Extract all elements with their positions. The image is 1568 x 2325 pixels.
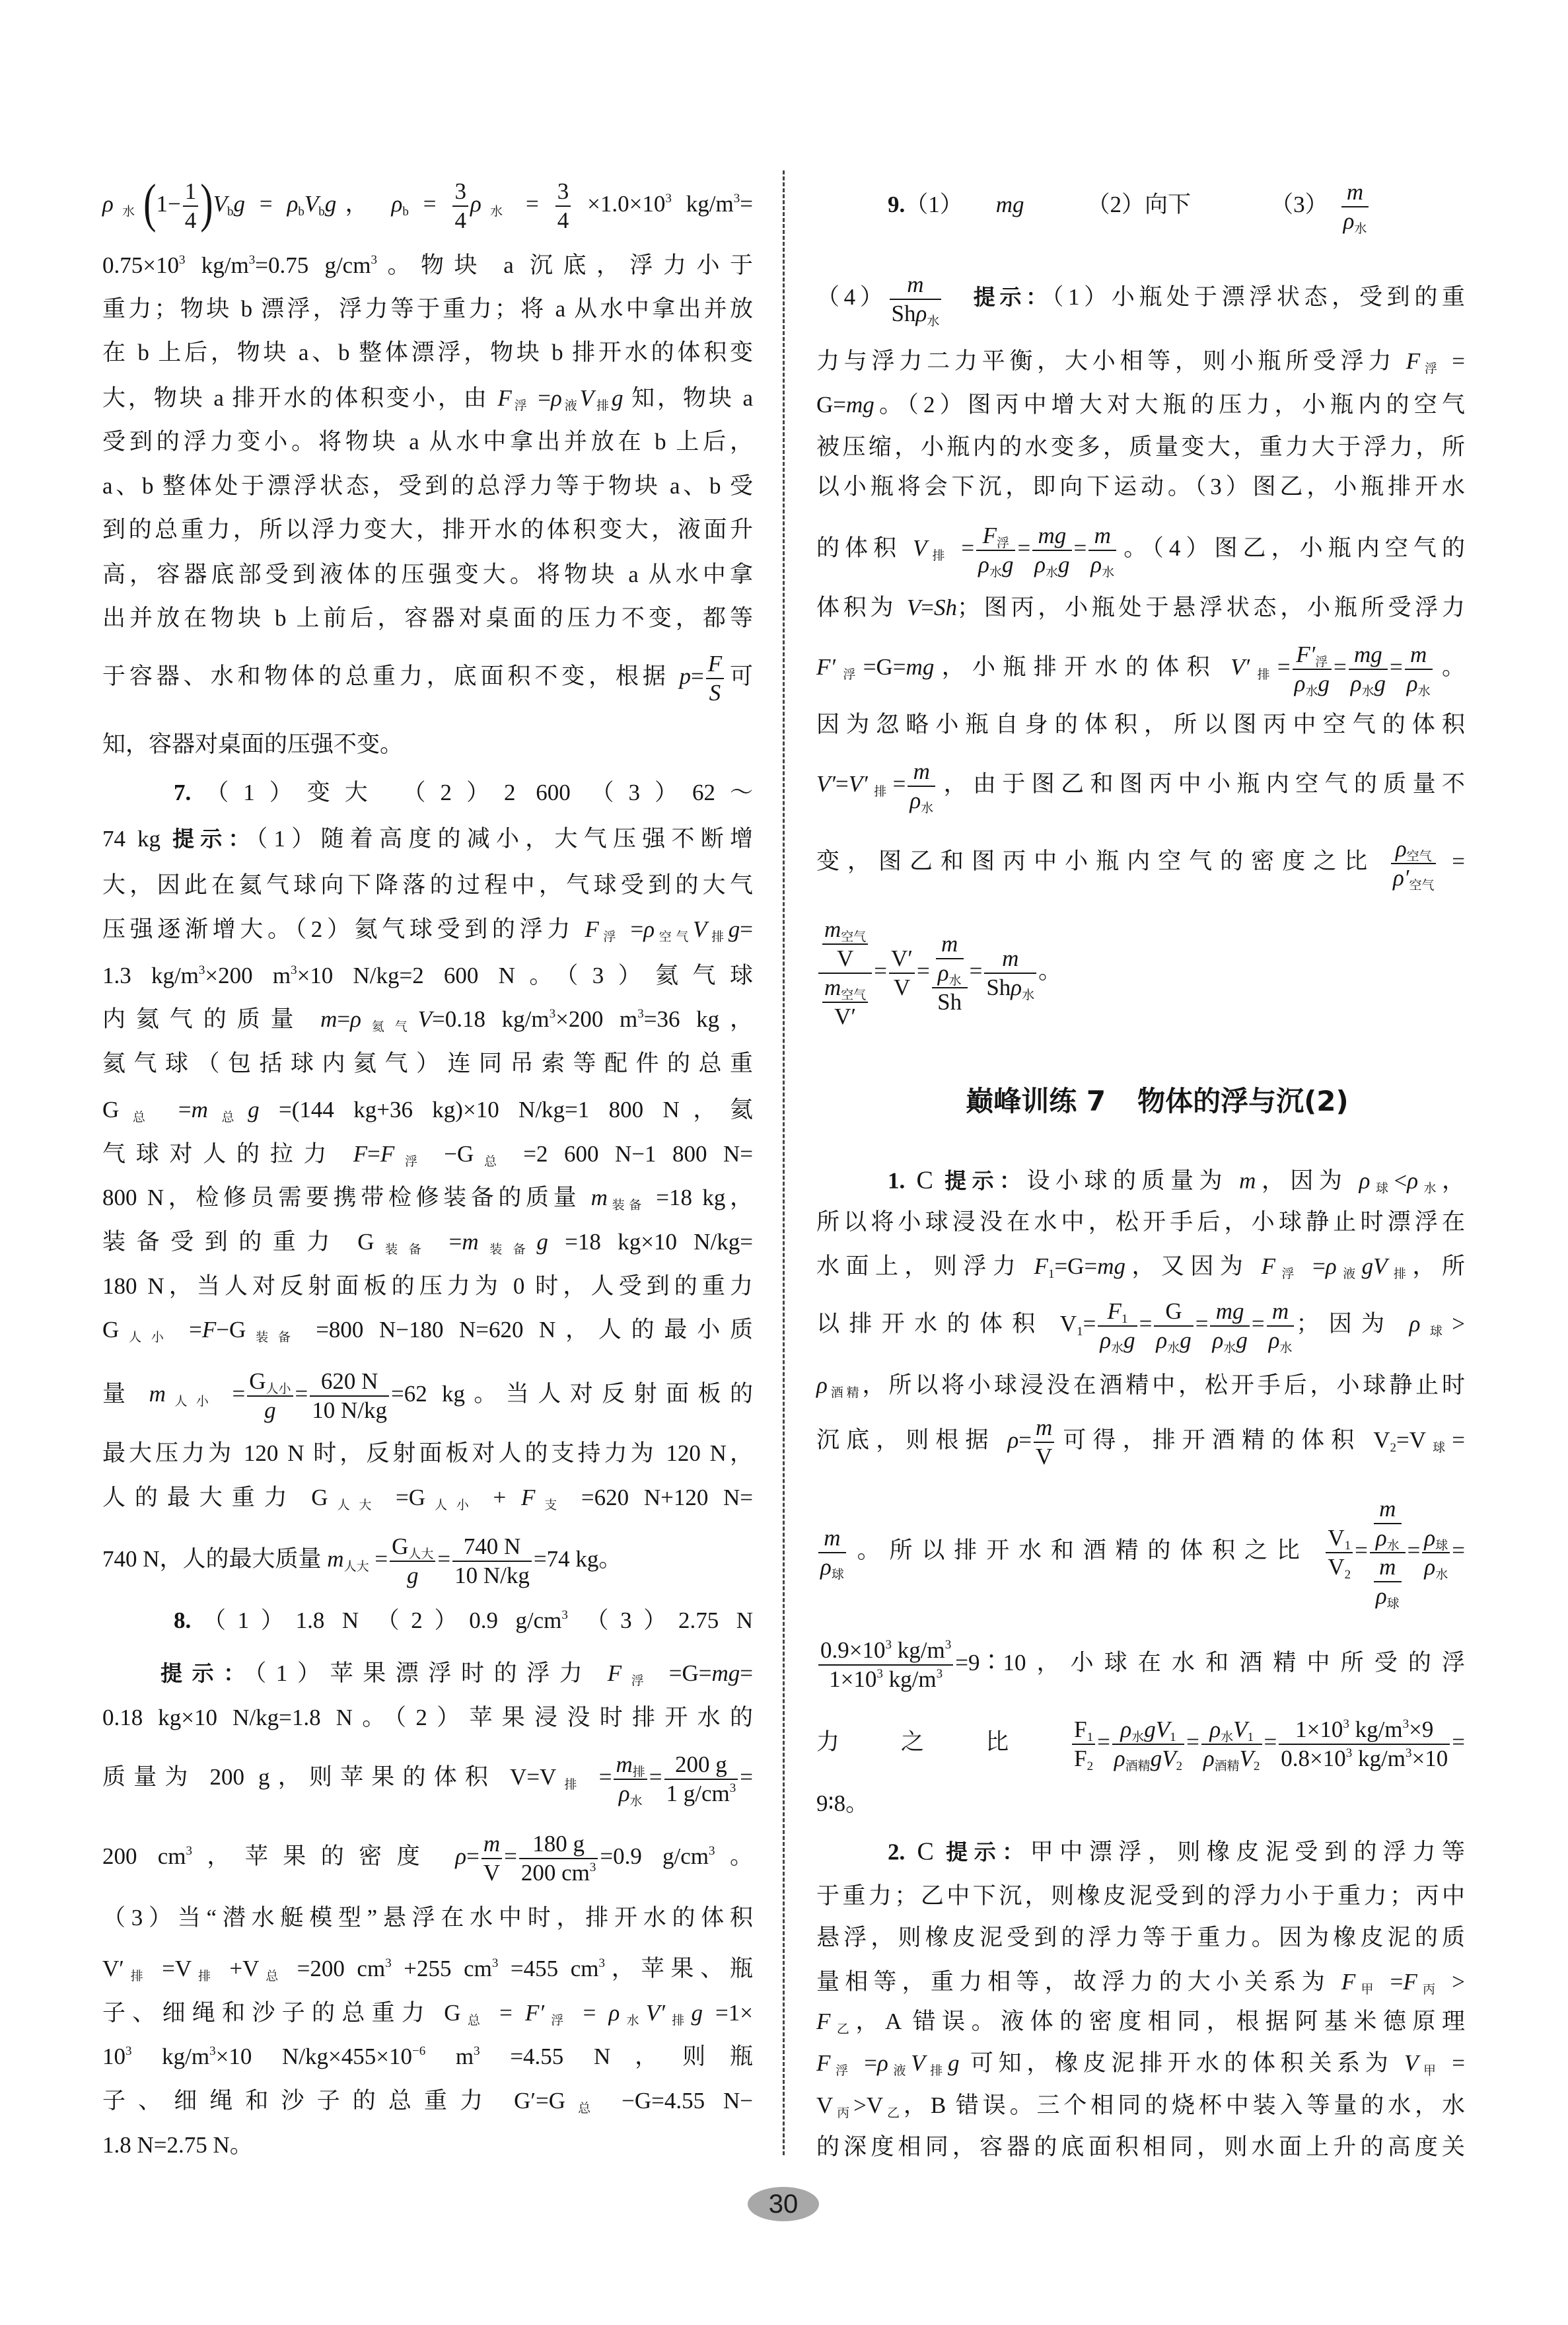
denominator: V′ (822, 1003, 868, 1031)
text: =74 kg。 (534, 1546, 622, 1572)
text: 氦气球（包括球内氦气）连同吊索等配件的总重 (102, 1051, 753, 1076)
numerator: mg (1032, 522, 1071, 551)
denominator: ρ水 (908, 787, 935, 815)
math-variable: ρ (820, 1554, 832, 1580)
numerator: F (706, 650, 724, 679)
fraction: 200 g1 g/cm3 (664, 1751, 738, 1808)
math-variable: G (311, 1485, 328, 1510)
text: 1 (185, 178, 197, 204)
text-line: 被压缩，小瓶内的水变多，质量变大，重力大于浮力，所 (816, 432, 1465, 462)
math-variable: g (407, 1563, 419, 1588)
subscript: 水 (1387, 1539, 1400, 1553)
text: 受到的浮力变小。将物块 a 从水中拿出并放在 b 上后， (102, 429, 753, 455)
subscript: 装备 (246, 1331, 300, 1345)
text-line: 量 m人小 =G人小g=620 N10 N/kg=62 kg。当人对反射面板的 (102, 1368, 753, 1424)
denominator: 4 (183, 207, 199, 235)
text: 高，容器底部受到液体的压强变大。将物块 a 从水中拿 (102, 562, 753, 587)
hint-label: 提示： (172, 826, 256, 852)
denominator: ρ水 (1341, 207, 1369, 235)
answer-text: （1）变大 (191, 780, 382, 805)
text: −G (216, 1317, 246, 1343)
subscript: 排 (1388, 1267, 1413, 1281)
text: 知，容器对桌面的压强不变。 (102, 731, 403, 757)
text: =36 kg， (644, 1006, 753, 1032)
subscript: 人小 (119, 1331, 173, 1345)
superscript: 3 (734, 192, 740, 205)
numerator: V1 (1326, 1524, 1353, 1553)
text-line: 内氦气的质量 m=ρ氦气V=0.18 kg/m3×200 m3=36 kg， (102, 1004, 753, 1035)
subscript: 装备 (608, 1199, 646, 1212)
denominator: S (706, 679, 724, 707)
text-line: 103 kg/m3×10 N/kg×455×10−6 m3 =4.55 N，则瓶 (102, 2042, 753, 2072)
answer-line-q9: 9.（1）mg（2）向下（3）mρ水 (816, 178, 1465, 235)
math-variable: m (1239, 1168, 1256, 1194)
text: 4 (454, 207, 466, 233)
subscript: 球 (1420, 1325, 1452, 1339)
subscript: 2 (1254, 1759, 1260, 1773)
text-line: 因为忽略小瓶自身的体积，所以图丙中空气的体积 (816, 710, 1465, 740)
math-variable: mg (1097, 1253, 1125, 1279)
fraction: m空气V′ (822, 974, 868, 1031)
text: = (1390, 1969, 1404, 1995)
denominator: 4 (555, 207, 571, 235)
text: =1× (715, 2000, 753, 2026)
hint-label: 提示： (946, 1839, 1030, 1865)
superscript: 3 (730, 1781, 736, 1795)
numerator: m (1034, 1414, 1054, 1443)
math-variable: g (692, 2000, 703, 2026)
math-variable: V′ (1230, 654, 1250, 680)
denominator: ρ水 (1088, 551, 1116, 579)
text: 子、细绳和沙子的总重力 (102, 2088, 495, 2114)
denominator: ρ水g (1210, 1327, 1249, 1354)
numerator: 740 N (452, 1533, 532, 1562)
text: = (189, 1317, 202, 1343)
text: =62 kg。当人对反射面板的 (391, 1381, 753, 1407)
math-variable: F (585, 916, 598, 942)
subscript: 人大 (328, 1498, 381, 1512)
math-variable: ρ (1007, 1427, 1018, 1453)
question-number: 7. (174, 780, 191, 805)
fraction: mρ水mρ球 (1370, 1495, 1406, 1610)
subscript: 球 (832, 1568, 844, 1582)
text: 变，图乙和图丙中小瓶内空气的密度之比 (816, 848, 1375, 874)
subscript: 水 (1418, 1182, 1442, 1196)
numerator: m空气V (818, 916, 872, 974)
math-variable: mg (1038, 523, 1066, 548)
numerator: m (1267, 1298, 1295, 1327)
math-variable: g (1180, 1327, 1192, 1353)
math-variable: m (1036, 1415, 1052, 1440)
text-line: 沉底，则根据 ρ=mV可得，排开酒精的体积 V2=V球= (816, 1414, 1465, 1471)
numerator: m排 (614, 1751, 647, 1780)
fraction: mρ球 (1374, 1553, 1402, 1610)
text: =18 kg， (656, 1185, 753, 1210)
text: 的深度相同，容器的底面积相同，则水面上升的高度关 (816, 2134, 1465, 2160)
superscript: 3 (937, 1667, 943, 1681)
superscript: 3 (637, 1007, 644, 1021)
text: 1.3 kg/m (102, 963, 199, 988)
math-variable: ρ (1376, 1525, 1387, 1551)
math-variable: gV (1144, 1716, 1170, 1742)
text: 力之比 (816, 1729, 1070, 1755)
text: 在 b 上后，物块 a、b 整体漂浮，物块 b 排开水的体积变 (102, 340, 753, 365)
text-line: 大，因此在氦气球向下降落的过程中，气球受到的大气 (102, 870, 753, 901)
math-variable: F (1074, 1746, 1087, 1771)
math-variable: V (911, 2050, 925, 2076)
superscript: 3 (1343, 1717, 1349, 1731)
math-variable: Sh (937, 989, 962, 1015)
fraction: mV (481, 1830, 502, 1887)
math-variable: g (536, 1229, 548, 1255)
fraction: 1×103 kg/m3×90.8×103 kg/m3×10 (1279, 1716, 1450, 1773)
subscript: 浮 (1275, 1267, 1301, 1281)
math-variable: V (907, 595, 921, 620)
math-variable: ρ (1326, 1253, 1337, 1279)
text: = (961, 535, 974, 561)
answer-line-q7: 7.（1）变大 （2）2 600 （3）62～ (102, 778, 753, 808)
denominator: ρ水 (614, 1780, 647, 1808)
superscript: 3 (1346, 1746, 1353, 1760)
math-variable: ρ (1407, 1168, 1418, 1194)
text: 740 N，人的最大质量 (102, 1546, 322, 1572)
right-parenthesis: ) (200, 176, 213, 230)
question-number: 2. (888, 1839, 905, 1865)
numerator: F1 (1072, 1716, 1095, 1745)
subscript: 水 (1102, 566, 1114, 579)
subscript: 水 (1362, 684, 1374, 698)
text: = (1017, 535, 1030, 561)
text: 于容器、水和物体的总重力，底面积不变，根据 (102, 663, 670, 689)
text-line: F乙，A 错误。液体的密度相同，根据阿基米德原理 (816, 2007, 1465, 2037)
subscript: 水 (1022, 988, 1034, 1002)
text: 180 g (532, 1831, 585, 1857)
math-variable: ρ (978, 552, 989, 577)
text: = (1195, 1311, 1209, 1337)
subscript: 球 (1435, 1539, 1448, 1553)
text-line: 所以将小球浸没在水中，松开手后，小球静止时漂浮在 (816, 1207, 1465, 1237)
subscript: 空气 (841, 988, 866, 1002)
math-variable: ρ (1376, 1583, 1387, 1609)
math-variable: F (1034, 1253, 1048, 1279)
math-variable: m (824, 1525, 840, 1551)
math-variable: V (693, 916, 707, 942)
text: 200 cm (521, 1860, 590, 1886)
subscript: 水 (1305, 684, 1318, 698)
math-variable: G (357, 1229, 374, 1255)
subscript: 浮 (622, 1674, 653, 1688)
math-variable: ρ (1396, 836, 1407, 862)
math-variable: ρ (1034, 552, 1046, 577)
subscript: 水 (1435, 1568, 1448, 1582)
text: =9∶10，小球在水和酒精中所受的浮 (955, 1650, 1465, 1676)
text: ，苹果、瓶 (605, 1956, 753, 1981)
text: = (836, 771, 849, 797)
text: =0.75 g/cm (255, 252, 371, 278)
text: 于重力；乙中下沉，则橡皮泥受到的浮力小于重力；丙中 (816, 1883, 1465, 1909)
text: 10 N/kg (454, 1563, 530, 1588)
math-variable: F (708, 651, 722, 677)
text: ，小瓶排开水的体积 (934, 654, 1217, 680)
superscript: 3 (291, 963, 297, 977)
text: =V (1396, 1427, 1426, 1453)
subscript: 水 (989, 566, 1002, 579)
text-line: F浮 =ρ液V排g 可知，橡皮泥排开水的体积关系为 V甲 = (816, 2048, 1465, 2079)
subscript: 总 (119, 1111, 159, 1125)
fraction: F1ρ水g (1098, 1298, 1137, 1354)
math-variable: g (1318, 671, 1330, 696)
fraction: mρ水 (1341, 178, 1369, 235)
text-line: 受到的浮力变小。将物块 a 从水中拿出并放在 b 上后， (102, 427, 753, 457)
text: = (367, 1141, 380, 1167)
text-line: 180 N，当人对反射面板的压力为 0 时，人受到的重力 (102, 1271, 753, 1302)
math-variable: V (1404, 2050, 1418, 2076)
numerator: ρ水V1 (1201, 1716, 1262, 1745)
denominator: 4 (452, 207, 468, 235)
answer-text: （3）2.75 N (585, 1607, 753, 1633)
math-variable: m (483, 1831, 500, 1857)
math-variable: g (264, 1397, 276, 1423)
subscript: 浮 (599, 930, 620, 944)
math-variable: ρ (816, 1372, 828, 1398)
subscript: 1 (1122, 1312, 1128, 1326)
text: 气球对人的拉力 (102, 1141, 337, 1167)
numerator: m (1405, 641, 1433, 670)
math-variable: V (483, 1860, 500, 1886)
denominator: ρ水g (1032, 551, 1071, 579)
subscript: 水 (949, 974, 962, 988)
denominator: 1 g/cm3 (664, 1780, 738, 1808)
text: ；图丙，小瓶处于悬浮状态，小瓶所受浮力 (957, 595, 1465, 620)
text: ×10 (1412, 1746, 1448, 1771)
text: 所以将小球浸没在水中，松开手后，小球静止时漂浮在 (816, 1209, 1465, 1235)
text: ，又因为 (1125, 1253, 1249, 1279)
text: = (691, 663, 704, 689)
math-variable: V′ (816, 771, 836, 797)
math-variable: G′=G (514, 2088, 565, 2114)
question-number: 1. (888, 1168, 905, 1194)
fraction: F1F2 (1072, 1716, 1095, 1773)
text: = (466, 1843, 480, 1869)
math-variable: ρ (608, 2000, 620, 2026)
text: 可 (726, 663, 753, 689)
subscript: 1 (1248, 1730, 1254, 1744)
text-line: 装备受到的重力 G装备 =m装备g =18 kg×10 N/kg= (102, 1227, 753, 1257)
text: 200 cm (102, 1843, 186, 1869)
fraction: G人大g (390, 1533, 435, 1590)
text: ×1.0×10 (587, 191, 665, 217)
subscript: 水 (1354, 222, 1367, 236)
text: = (295, 1381, 308, 1407)
subscript: 人小 (266, 1382, 291, 1396)
subscript: 排 (556, 1778, 585, 1792)
math-variable: g (729, 916, 740, 942)
denominator: ρ水 (1405, 670, 1433, 698)
text: =(144 kg+36 kg)×10 N/kg=1 800 N，氦 (279, 1097, 753, 1123)
subscript: 排 (192, 1970, 217, 1983)
fraction: 34 (555, 178, 571, 235)
numerator: V′ (889, 945, 915, 974)
math-variable: V (837, 945, 853, 971)
math-variable: ρ (287, 191, 299, 217)
math-variable: V′ (646, 2000, 665, 2026)
text-line: G人小 =F−G装备 =800 N−180 N=620 N，人的最小质 (102, 1315, 753, 1345)
subscript: 1 (1170, 1730, 1176, 1744)
math-variable: m (1379, 1554, 1396, 1580)
text-line: 提示：（1）苹果漂浮时的浮力 F浮 =G=mg= (102, 1658, 753, 1689)
subscript: 酒精 (828, 1386, 863, 1400)
text: ， (1442, 1168, 1465, 1194)
denominator: ρ球 (818, 1553, 846, 1581)
text: 体积为 (816, 595, 897, 620)
hint-label: 提示： (160, 1660, 255, 1686)
math-variable: F′ (1296, 642, 1315, 667)
math-variable: ρ (1343, 208, 1355, 234)
subscript: 水 (1221, 1730, 1233, 1744)
text-line: 0.9×103 kg/m31×103 kg/m3=9∶10，小球在水和酒精中所受… (816, 1637, 1465, 1693)
math-variable: ρ (470, 191, 481, 217)
math-variable: ρ (938, 960, 949, 986)
text: = (178, 1097, 192, 1123)
denominator: V (822, 945, 868, 973)
text: a、b 整体处于漂浮状态，受到的总浮力等于物块 a、b 受 (102, 473, 753, 499)
text-line: 氦气球（包括球内氦气）连同吊索等配件的总重 (102, 1049, 753, 1079)
subscript: 球 (1370, 1182, 1394, 1196)
text: 可知，橡皮泥排开水的体积关系为 (970, 2050, 1394, 2076)
math-variable: G (444, 2000, 460, 2026)
text: = (1277, 654, 1291, 680)
math-variable: ρ (1424, 1554, 1435, 1580)
text: （1）苹果漂浮时的浮力 (255, 1660, 592, 1686)
answer-text: （2）向下 (1087, 192, 1192, 217)
text: = (1074, 535, 1087, 561)
subscript: 排 (868, 785, 893, 799)
subscript: 空气 (1409, 879, 1434, 893)
math-variable: p (679, 663, 691, 689)
text: ×10 N/kg×455×10 (216, 2044, 412, 2069)
denominator: V (481, 1859, 502, 1887)
math-variable: mg (711, 1660, 740, 1686)
text: G= (816, 392, 846, 418)
numerator: G (1154, 1298, 1193, 1327)
superscript: 3 (474, 2044, 480, 2058)
answer-text: 74 kg (102, 826, 160, 852)
text: =0.9 g/cm (600, 1843, 709, 1869)
denominator: 1×103 kg/m3 (818, 1666, 953, 1693)
math-variable: V (418, 1006, 432, 1032)
text-line: （4）mShρ水 提示：（1）小瓶处于漂浮状态，受到的重 (816, 271, 1465, 328)
text: =V (162, 1956, 192, 1981)
text-line: m空气Vm空气V′=V′V=mρ水Sh=mShρ水。 (816, 916, 1465, 1031)
fraction: 740 N10 N/kg (452, 1533, 532, 1590)
text: ×200 m (205, 963, 291, 988)
math-variable: ρ (1359, 1168, 1371, 1194)
math-variable: Sh (934, 595, 957, 620)
text: = (1452, 348, 1465, 374)
numerator: m (481, 1830, 502, 1859)
text: = (917, 958, 930, 984)
text: 因为忽略小瓶自身的体积，所以图丙中空气的体积 (816, 712, 1465, 737)
subscript: b (298, 205, 304, 219)
text: = (874, 958, 887, 984)
subscript: 1 (1345, 1539, 1351, 1553)
math-variable: V (1233, 1716, 1247, 1742)
text: 200 g (675, 1752, 727, 1777)
numerator: m (936, 930, 964, 959)
subscript: 人小 (425, 1498, 478, 1512)
math-variable: F (521, 1485, 535, 1510)
page-number: 30 (769, 2190, 799, 2219)
text-line: a、b 整体处于漂浮状态，受到的总浮力等于物块 a、b 受 (102, 471, 753, 501)
subscript: 浮 (1315, 655, 1328, 669)
subscript: 装备 (479, 1243, 537, 1257)
superscript: 3 (199, 963, 205, 977)
text: 装备受到的重力 (102, 1229, 341, 1255)
math-variable: ρ (909, 788, 921, 813)
math-variable: m (616, 1752, 632, 1777)
text-line: ρ水(1−14)Vbg = ρbVbg， ρb = 34ρ水 = 34 ×1.0… (102, 178, 753, 235)
denominator: m空气V′ (818, 974, 872, 1031)
text: G (102, 1097, 119, 1123)
text: 0.8×10 (1281, 1746, 1346, 1771)
math-variable: ρ (1269, 1327, 1280, 1353)
text: = (599, 1764, 612, 1790)
math-variable: ρ (1209, 1716, 1221, 1742)
math-variable: g (248, 1097, 260, 1123)
numerator: 1×103 kg/m3×9 (1279, 1716, 1450, 1745)
text: 10 (102, 2044, 125, 2069)
math-variable: m (320, 1006, 337, 1032)
text: = (504, 1843, 517, 1869)
text: + (493, 1485, 507, 1510)
subscript: 2 (1345, 1568, 1351, 1582)
text-line: 740 N，人的最大质量 m人大 =G人大g=740 N10 N/kg=74 k… (102, 1533, 753, 1590)
text: 0.9×10 (820, 1637, 886, 1663)
fraction: mgρ水g (1349, 641, 1388, 698)
answer-text: （3） (1270, 192, 1328, 217)
superscript: 3 (886, 1638, 892, 1652)
text: = (740, 1660, 753, 1686)
numerator: 620 N (310, 1368, 389, 1397)
text: = (499, 2000, 513, 2026)
text-line: 200 cm3，苹果的密度 ρ=mV=180 g200 cm3=0.9 g/cm… (102, 1830, 753, 1887)
fraction: mρ水 (908, 758, 935, 815)
math-variable: ρ (1407, 671, 1418, 696)
text: 。 (715, 1843, 753, 1869)
text: kg/m (898, 1637, 945, 1663)
denominator: 10 N/kg (452, 1562, 532, 1590)
text: 。 (1435, 654, 1465, 680)
math-variable: ρ (551, 385, 562, 411)
math-variable: F (497, 385, 511, 411)
fraction: ρ球ρ水 (1422, 1524, 1450, 1581)
subscript: 甲 (1418, 2064, 1441, 2078)
superscript: 3 (249, 253, 256, 267)
subscript: 水 (1131, 1730, 1144, 1744)
numerator: F浮 (976, 522, 1015, 551)
fraction: mρ水Sh (932, 930, 968, 1016)
text: = (1452, 2050, 1465, 2076)
numerator: m空气 (822, 974, 868, 1003)
subscript: b (318, 205, 325, 219)
math-variable: g (1236, 1327, 1248, 1353)
subscript: 酒精 (1125, 1759, 1151, 1773)
subscript: 水 (921, 801, 933, 815)
fraction: m空气Vm空气V′ (818, 916, 872, 1031)
text: >V (853, 2092, 883, 2118)
math-variable: V (913, 535, 927, 561)
superscript: 3 (598, 1956, 605, 1970)
